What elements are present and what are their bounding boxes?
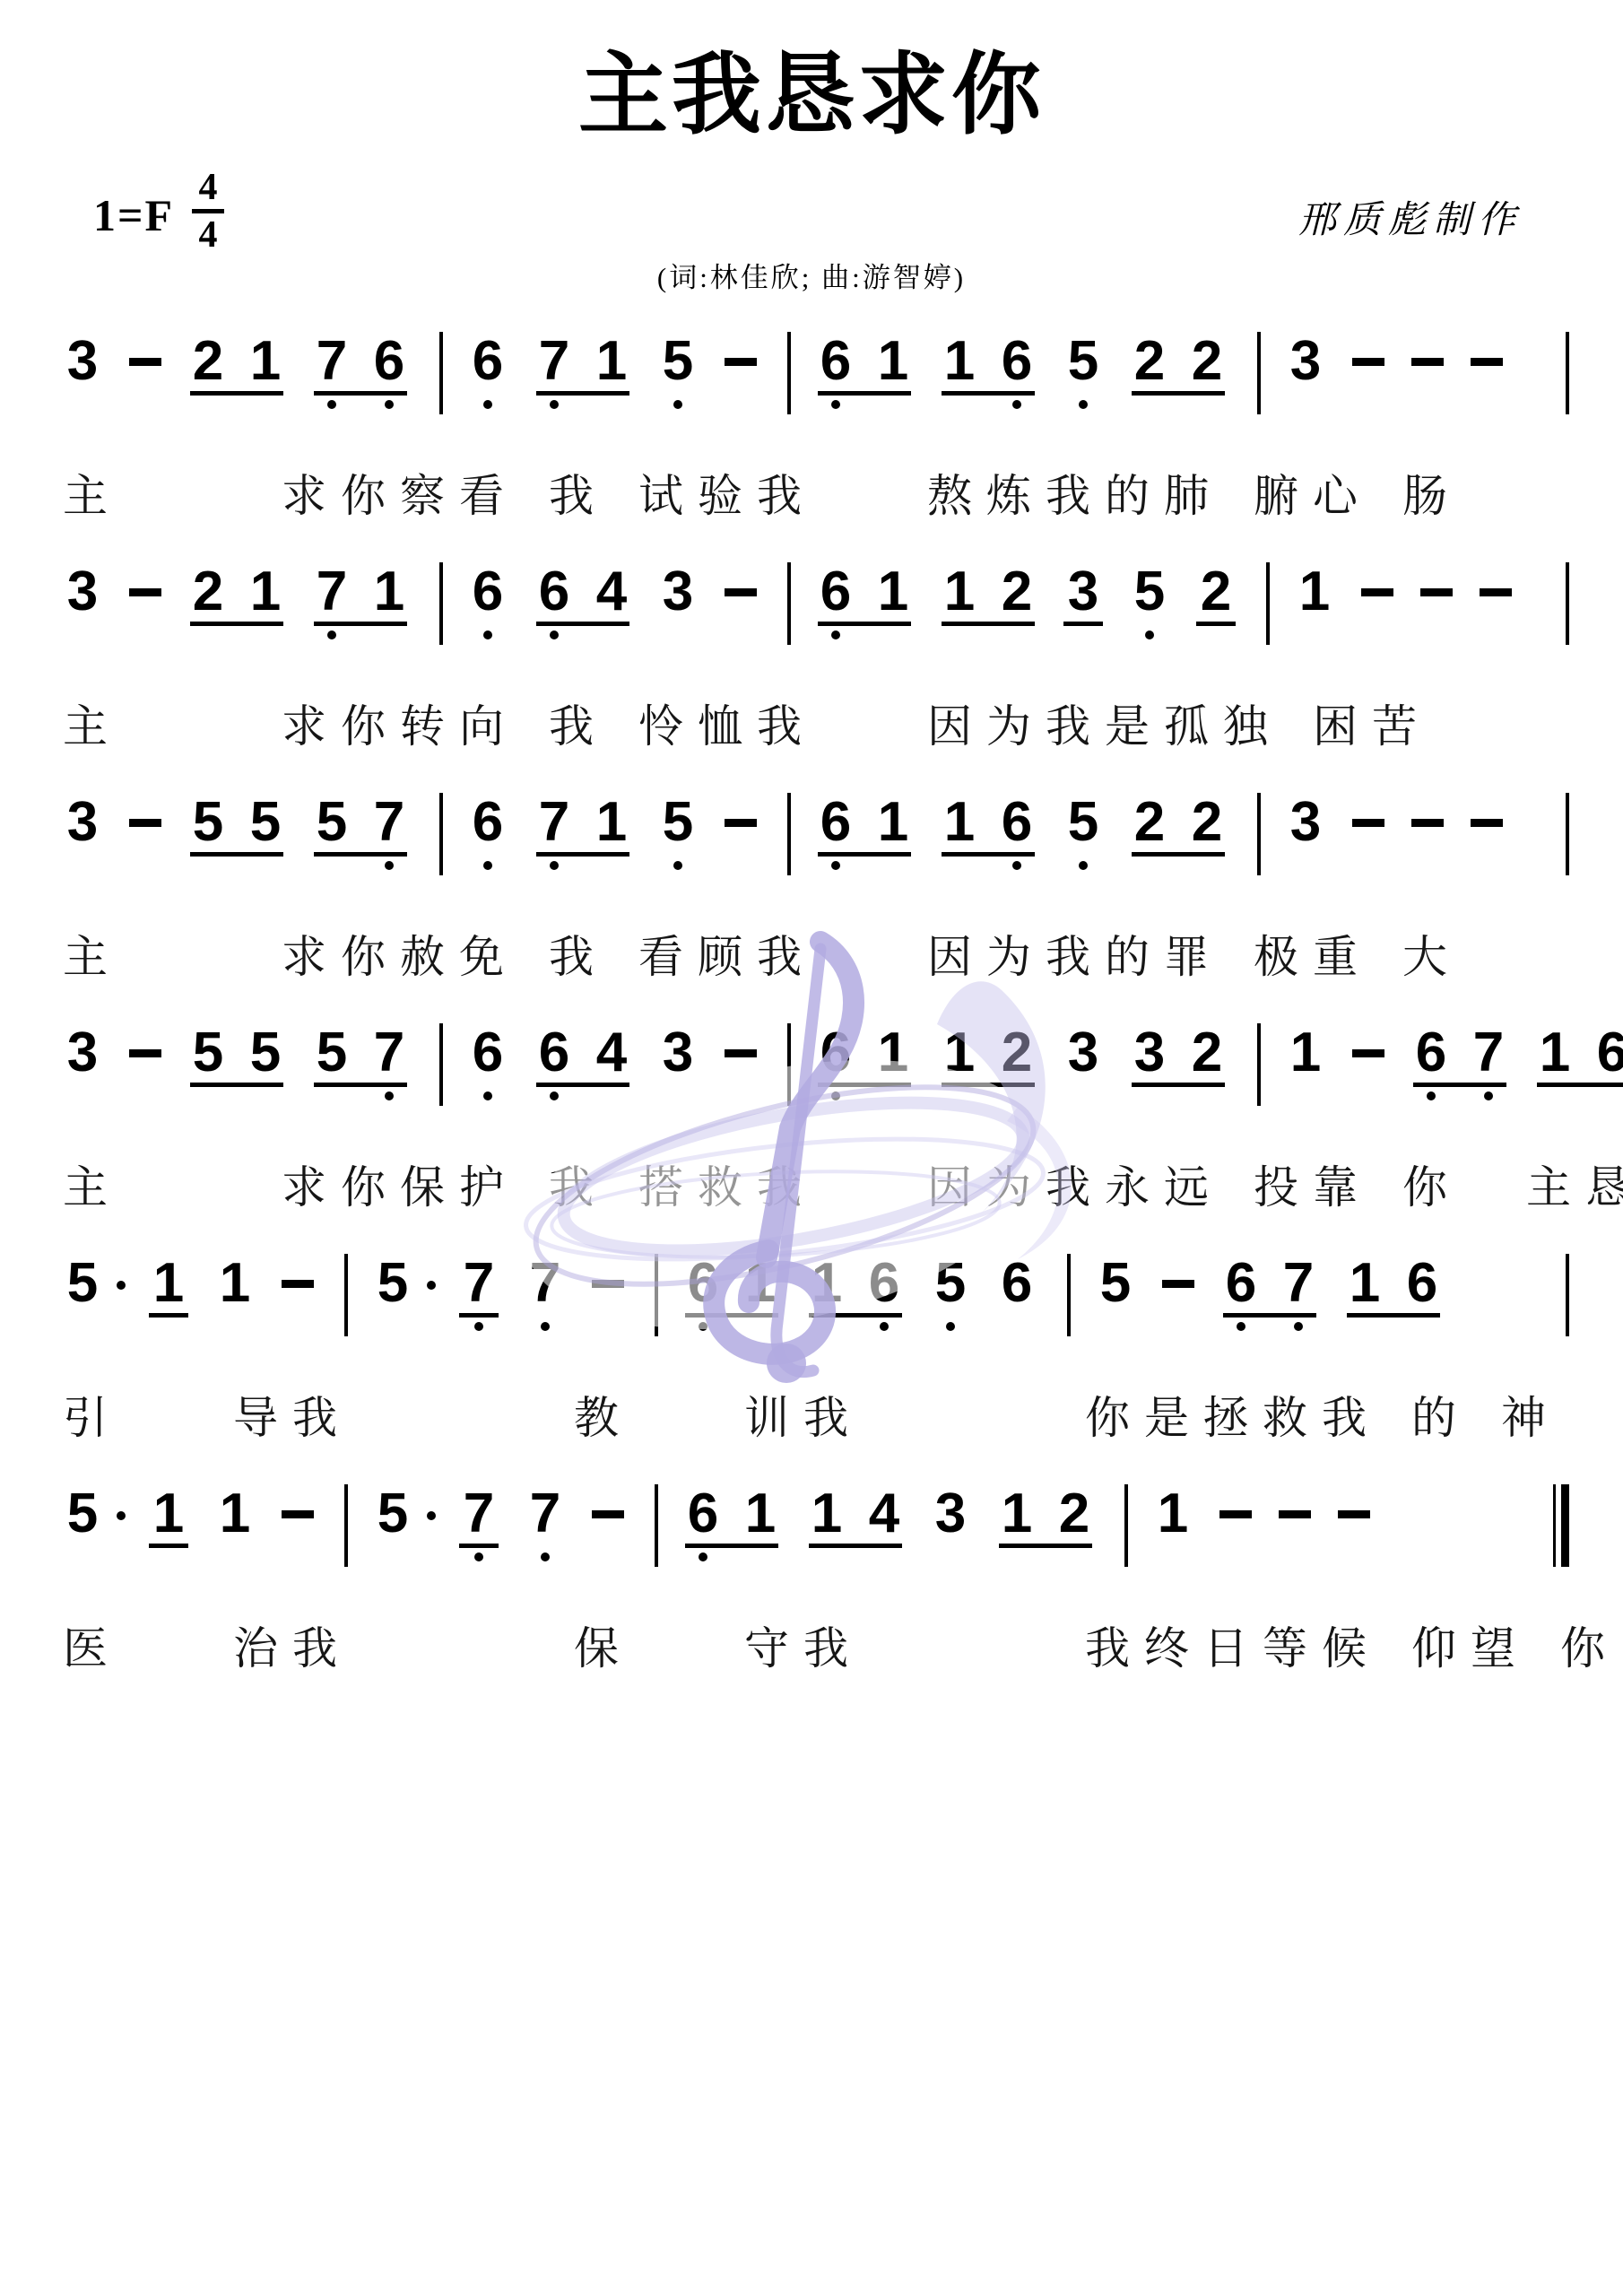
beam-underline [942, 622, 1035, 626]
barline [1566, 1254, 1569, 1336]
note: 6 [468, 564, 508, 642]
final-barline [1553, 1484, 1569, 1567]
note: 3 [63, 564, 102, 642]
dot-slot [1130, 397, 1169, 412]
note-digit: 1 [811, 1256, 842, 1311]
dot-slot [468, 628, 508, 642]
note-token: 6 [997, 1256, 1037, 1334]
note: 6 [369, 334, 409, 412]
note: 6 [997, 334, 1037, 412]
lyric: 仰望 [1411, 1623, 1530, 1674]
note-token: 5 [1063, 334, 1103, 412]
music-line: 51157761143121医治我保守我我终日等候仰望你 [63, 1486, 1569, 1674]
low-octave-dot [483, 1091, 492, 1100]
augmentation-dot [117, 1511, 126, 1520]
lyric: 引 [63, 1393, 122, 1443]
barline [439, 332, 443, 414]
note-digit: 6 [688, 1256, 718, 1311]
note-digit: 3 [67, 564, 98, 620]
note-digit: 1 [944, 795, 975, 850]
dot-slot [997, 628, 1037, 642]
lyric: 的 [1411, 1393, 1471, 1443]
beam-underline [190, 391, 283, 396]
beam-underline [314, 852, 407, 857]
note-token: 3 [931, 1486, 970, 1564]
music-line: 35557671561165223主求你赦免我看顾我因为我的罪极重大 [63, 795, 1569, 982]
beam-underline [1413, 1083, 1506, 1087]
barline [787, 562, 791, 645]
note: 7 [459, 1486, 499, 1564]
beam-underline [818, 1083, 911, 1087]
lyric: 主恳求你 [1526, 1162, 1623, 1213]
low-octave-dot [327, 631, 336, 639]
beam-slot [215, 1311, 255, 1319]
dot-slot [931, 1319, 970, 1334]
beam-slot [63, 1542, 102, 1550]
beam-slot [63, 389, 102, 397]
beam-slot [63, 1081, 102, 1089]
beam-underline [685, 1313, 778, 1318]
note: 1 [873, 1025, 913, 1103]
low-octave-dot [880, 1322, 889, 1331]
barline [1257, 1023, 1261, 1106]
beam-slot [63, 850, 102, 858]
note-digit: 7 [539, 795, 569, 850]
note-token: 6 [468, 334, 508, 412]
beam-underline [1132, 391, 1225, 396]
score: 32176671561165223主求你察看我试验我熬炼我的肺腑心肠321716… [63, 334, 1569, 1717]
note: 2 [1196, 564, 1236, 642]
note-digit: 6 [1416, 1025, 1446, 1081]
lyric: 因为我的罪 [927, 932, 1223, 982]
beam-slot [63, 1311, 102, 1319]
note: 7 [1469, 1025, 1508, 1103]
lyric: 导我 [233, 1393, 352, 1443]
beam-group: 12 [997, 1486, 1094, 1564]
beam-group: 12 [940, 1025, 1037, 1103]
beam-underline [536, 622, 629, 626]
dot-slot [1345, 1319, 1384, 1334]
low-octave-dot [673, 400, 682, 409]
note-digit: 7 [1283, 1256, 1314, 1311]
lyric: 因为我是孤独 [927, 701, 1282, 752]
note: 3 [931, 1486, 970, 1564]
beam-slot [1153, 1542, 1193, 1550]
note: 3 [1286, 795, 1325, 873]
note-token: 3 [1286, 334, 1325, 412]
beam-slot [1063, 850, 1103, 858]
note-digit: 6 [473, 1025, 503, 1081]
lyricist-composer-line: (词:林佳欣; 曲:游智婷) [0, 255, 1623, 295]
barline [1257, 332, 1261, 414]
note-digit: 2 [1192, 1025, 1222, 1081]
note: 5 [246, 795, 285, 873]
lyric: 主 [63, 471, 122, 521]
note-token: 3 [63, 564, 102, 642]
beam-underline [1537, 1083, 1623, 1087]
lyric: 投靠 [1254, 1162, 1372, 1213]
note-digit: 1 [811, 1486, 842, 1542]
dot-slot [312, 1089, 352, 1103]
note: 3 [1063, 1025, 1103, 1103]
note-digit: 3 [1290, 334, 1321, 389]
note: 2 [1187, 1025, 1227, 1103]
note: 3 [1063, 564, 1103, 642]
barline [655, 1484, 658, 1567]
note: 3 [63, 334, 102, 412]
dot-slot [807, 1319, 846, 1334]
notes-row: 51157761165656716 [63, 1256, 1569, 1334]
note-token: 3 [63, 1025, 102, 1103]
note: 6 [1593, 1025, 1623, 1103]
lyric: 医 [63, 1623, 122, 1674]
low-octave-dot [550, 631, 559, 639]
note-token: 3 [63, 334, 102, 412]
note-digit: 2 [1059, 1486, 1089, 1542]
note-digit: 1 [1002, 1486, 1032, 1542]
note-digit: 1 [878, 334, 908, 389]
note: 5 [188, 1025, 228, 1103]
lyric: 求你保护 [282, 1162, 518, 1213]
dot-slot [63, 1550, 102, 1564]
lyrics-row: 主求你转向我怜恤我因为我是孤独困苦 [63, 701, 1569, 752]
note: 6 [534, 1025, 574, 1103]
lyric: 主 [63, 1162, 122, 1213]
beam-underline [190, 622, 283, 626]
dot-slot [149, 1550, 188, 1564]
note: 1 [149, 1486, 188, 1564]
note-digit: 5 [250, 1025, 281, 1081]
note: 5 [63, 1256, 102, 1334]
dot-slot [525, 1550, 565, 1564]
note-digit: 7 [374, 1025, 404, 1081]
music-line: 32176671561165223主求你察看我试验我熬炼我的肺腑心肠 [63, 334, 1569, 521]
low-octave-dot [385, 400, 394, 409]
dot-slot [63, 397, 102, 412]
beam-underline [149, 1313, 188, 1318]
dot-slot [1535, 1089, 1575, 1103]
note-digit: 1 [745, 1256, 776, 1311]
note: 1 [215, 1256, 255, 1334]
beam-underline [1347, 1313, 1440, 1318]
dot-slot [1411, 1089, 1451, 1103]
dot-slot [1593, 1089, 1623, 1103]
dot-slot [658, 397, 698, 412]
note: 1 [807, 1486, 846, 1564]
dot-slot [658, 858, 698, 873]
note-digit: 5 [250, 795, 281, 850]
note-token: 1 [215, 1256, 255, 1334]
lyric: 守我 [744, 1623, 863, 1674]
low-octave-dot [831, 631, 840, 639]
note-digit: 6 [539, 1025, 569, 1081]
dot-slot [1130, 1089, 1169, 1103]
beam-underline [809, 1313, 902, 1318]
lyrics-row: 主求你赦免我看顾我因为我的罪极重大 [63, 932, 1569, 982]
beam-slot [1063, 389, 1103, 397]
notes-row: 32176671561165223 [63, 334, 1569, 412]
sustain-dash [1411, 358, 1444, 366]
dot-slot [1130, 858, 1169, 873]
low-octave-dot [550, 861, 559, 870]
note: 6 [1402, 1256, 1442, 1334]
dot-slot [1187, 1089, 1227, 1103]
dot-slot [997, 1550, 1037, 1564]
lyric: 极重 [1254, 932, 1372, 982]
note-token: 5 [1130, 564, 1169, 642]
barline [1566, 562, 1569, 645]
note: 1 [149, 1256, 188, 1334]
note-token: 5 [658, 795, 698, 873]
low-octave-dot [474, 1322, 483, 1331]
note-digit: 1 [1158, 1486, 1188, 1542]
beam-group: 64 [534, 564, 631, 642]
note: 6 [683, 1486, 723, 1564]
barline [439, 1023, 443, 1106]
dot-slot [658, 1089, 698, 1103]
augmentation-dot [117, 1281, 126, 1290]
beam-group: 22 [1130, 334, 1227, 412]
note-digit: 5 [317, 795, 347, 850]
note: 4 [592, 564, 631, 642]
note-digit: 7 [464, 1486, 494, 1542]
note-token: 5 [658, 334, 698, 412]
note: 5 [312, 1025, 352, 1103]
note-digit: 7 [530, 1256, 560, 1311]
note: 5 [1063, 795, 1103, 873]
dot-slot [188, 1089, 228, 1103]
note-token: 1 [1286, 1025, 1325, 1103]
sustain-dash [129, 1049, 161, 1057]
arranger-credit: 邢质彪制作 [1298, 190, 1523, 244]
note-digit: 7 [317, 334, 347, 389]
note-token: 6 [468, 564, 508, 642]
sustain-dash [725, 588, 757, 596]
dot-slot [312, 628, 352, 642]
beam-slot [1286, 389, 1325, 397]
beam-slot [149, 1311, 188, 1319]
dot-slot [369, 397, 409, 412]
beam-slot [525, 1311, 565, 1319]
beam-slot [468, 1081, 508, 1089]
note: 1 [246, 564, 285, 642]
note-token: 5 [63, 1256, 102, 1334]
beam-underline [536, 852, 629, 857]
note: 6 [997, 1256, 1037, 1334]
dot-slot [246, 397, 285, 412]
dot-slot [1402, 1319, 1442, 1334]
beam-group: 61 [683, 1256, 780, 1334]
note-token: 5 [1096, 1256, 1135, 1334]
barline [787, 332, 791, 414]
note: 5 [658, 795, 698, 873]
beam-underline [1132, 852, 1225, 857]
note: 6 [816, 795, 855, 873]
beam-group: 21 [188, 564, 285, 642]
lyric: 教 [574, 1393, 633, 1443]
note: 4 [592, 1025, 631, 1103]
low-octave-dot [1427, 1091, 1436, 1100]
lyric: 求你转向 [282, 701, 518, 752]
sustain-dash [129, 588, 161, 596]
barline [1257, 793, 1261, 875]
note-token: 7 [525, 1256, 565, 1334]
lyric: 腑心 [1254, 471, 1372, 521]
lyric: 我 [549, 701, 608, 752]
beam-slot [373, 1542, 412, 1550]
note-digit: 1 [878, 1025, 908, 1081]
note: 2 [1055, 1486, 1094, 1564]
dot-slot [312, 397, 352, 412]
note-token: 1 [149, 1256, 188, 1334]
dot-slot [1286, 1089, 1325, 1103]
lyric: 求你察看 [282, 471, 518, 521]
sustain-dash [1471, 358, 1503, 366]
note: 5 [373, 1486, 412, 1564]
sustain-dash [1162, 1280, 1194, 1288]
note-digit: 5 [663, 334, 693, 389]
beam-slot [658, 389, 698, 397]
note-digit: 1 [153, 1256, 184, 1311]
dot-slot [468, 397, 508, 412]
note-digit: 7 [539, 334, 569, 389]
beam-group: 57 [312, 795, 409, 873]
time-numerator: 4 [199, 169, 218, 206]
lyric: 主 [63, 701, 122, 752]
beam-group: 61 [816, 564, 913, 642]
beam-slot [1096, 1311, 1135, 1319]
note-token: 5 [1063, 795, 1103, 873]
beam-group: 16 [940, 795, 1037, 873]
dot-slot [931, 1550, 970, 1564]
beam-group: 67 [1221, 1256, 1318, 1334]
sustain-dash [1338, 1510, 1370, 1518]
note-digit: 6 [1407, 1256, 1437, 1311]
dot-slot [369, 1089, 409, 1103]
beam-slot [1063, 1081, 1103, 1089]
beam-group: 12 [940, 564, 1037, 642]
sustain-dash [1279, 1510, 1311, 1518]
dot-slot [215, 1550, 255, 1564]
note: 5 [188, 795, 228, 873]
lyric: 大 [1402, 932, 1462, 982]
note: 5 [1130, 564, 1169, 642]
beam-slot [149, 1542, 188, 1550]
note: 6 [997, 795, 1037, 873]
note-digit: 3 [67, 334, 98, 389]
lyric: 看顾我 [638, 932, 816, 982]
note: 1 [873, 564, 913, 642]
beam-underline [149, 1544, 188, 1548]
note: 1 [940, 334, 979, 412]
dot-slot [997, 1319, 1037, 1334]
dot-slot [188, 858, 228, 873]
dot-slot [741, 1550, 780, 1564]
note: 7 [1279, 1256, 1318, 1334]
beam-underline [314, 1083, 407, 1087]
note: 4 [864, 1486, 904, 1564]
sustain-dash [1420, 588, 1453, 596]
dot-slot [468, 858, 508, 873]
note-digit: 1 [944, 564, 975, 620]
note-token: 7 [525, 1486, 565, 1564]
note-digit: 5 [1068, 334, 1098, 389]
note-digit: 6 [688, 1486, 718, 1542]
low-octave-dot [1484, 1091, 1493, 1100]
lyric: 试验我 [638, 471, 816, 521]
beam-slot [468, 620, 508, 628]
sustain-dash [1352, 1049, 1384, 1057]
dot-slot [873, 628, 913, 642]
beam-group: 22 [1130, 795, 1227, 873]
note-digit: 1 [944, 334, 975, 389]
note: 7 [525, 1256, 565, 1334]
note-digit: 2 [1201, 564, 1231, 620]
note-digit: 3 [663, 564, 693, 620]
dot-slot [1063, 628, 1103, 642]
low-octave-dot [550, 400, 559, 409]
lyric: 我 [549, 932, 608, 982]
note-token: 7 [459, 1256, 499, 1334]
note: 3 [658, 1025, 698, 1103]
low-octave-dot [474, 1552, 483, 1561]
note: 3 [1130, 1025, 1169, 1103]
beam-slot [931, 1311, 970, 1319]
dot-slot [997, 858, 1037, 873]
note-digit: 2 [1192, 795, 1222, 850]
lyric: 保 [574, 1623, 633, 1674]
note-digit: 1 [374, 564, 404, 620]
note: 6 [683, 1256, 723, 1334]
dot-slot [188, 397, 228, 412]
notes-row: 51157761143121 [63, 1486, 1569, 1564]
beam-slot [931, 1542, 970, 1550]
lyric: 你 [1560, 1623, 1619, 1674]
beam-slot [373, 1311, 412, 1319]
note: 1 [215, 1486, 255, 1564]
dot-slot [592, 1089, 631, 1103]
note-digit: 6 [820, 1025, 851, 1081]
beam-underline [818, 852, 911, 857]
beam-group: 71 [534, 795, 631, 873]
note-digit: 1 [220, 1256, 250, 1311]
barline [1566, 332, 1569, 414]
dot-slot [741, 1319, 780, 1334]
note-token: 5 [373, 1256, 412, 1334]
dot-slot [1153, 1550, 1193, 1564]
low-octave-dot [483, 631, 492, 639]
note: 6 [468, 334, 508, 412]
dot-slot [246, 858, 285, 873]
note: 2 [1130, 795, 1169, 873]
dot-slot [1286, 397, 1325, 412]
note: 5 [931, 1256, 970, 1334]
note-digit: 3 [67, 795, 98, 850]
low-octave-dot [1294, 1322, 1303, 1331]
note-digit: 7 [374, 795, 404, 850]
note-digit: 5 [67, 1256, 98, 1311]
note-digit: 5 [663, 795, 693, 850]
dot-slot [1063, 858, 1103, 873]
note: 1 [1286, 1025, 1325, 1103]
lyric: 我终日等候 [1085, 1623, 1381, 1674]
beam-slot [468, 389, 508, 397]
dot-slot [459, 1319, 499, 1334]
beam-underline [818, 391, 911, 396]
dot-slot [1286, 858, 1325, 873]
note-digit: 1 [250, 334, 281, 389]
beam-slot [468, 850, 508, 858]
